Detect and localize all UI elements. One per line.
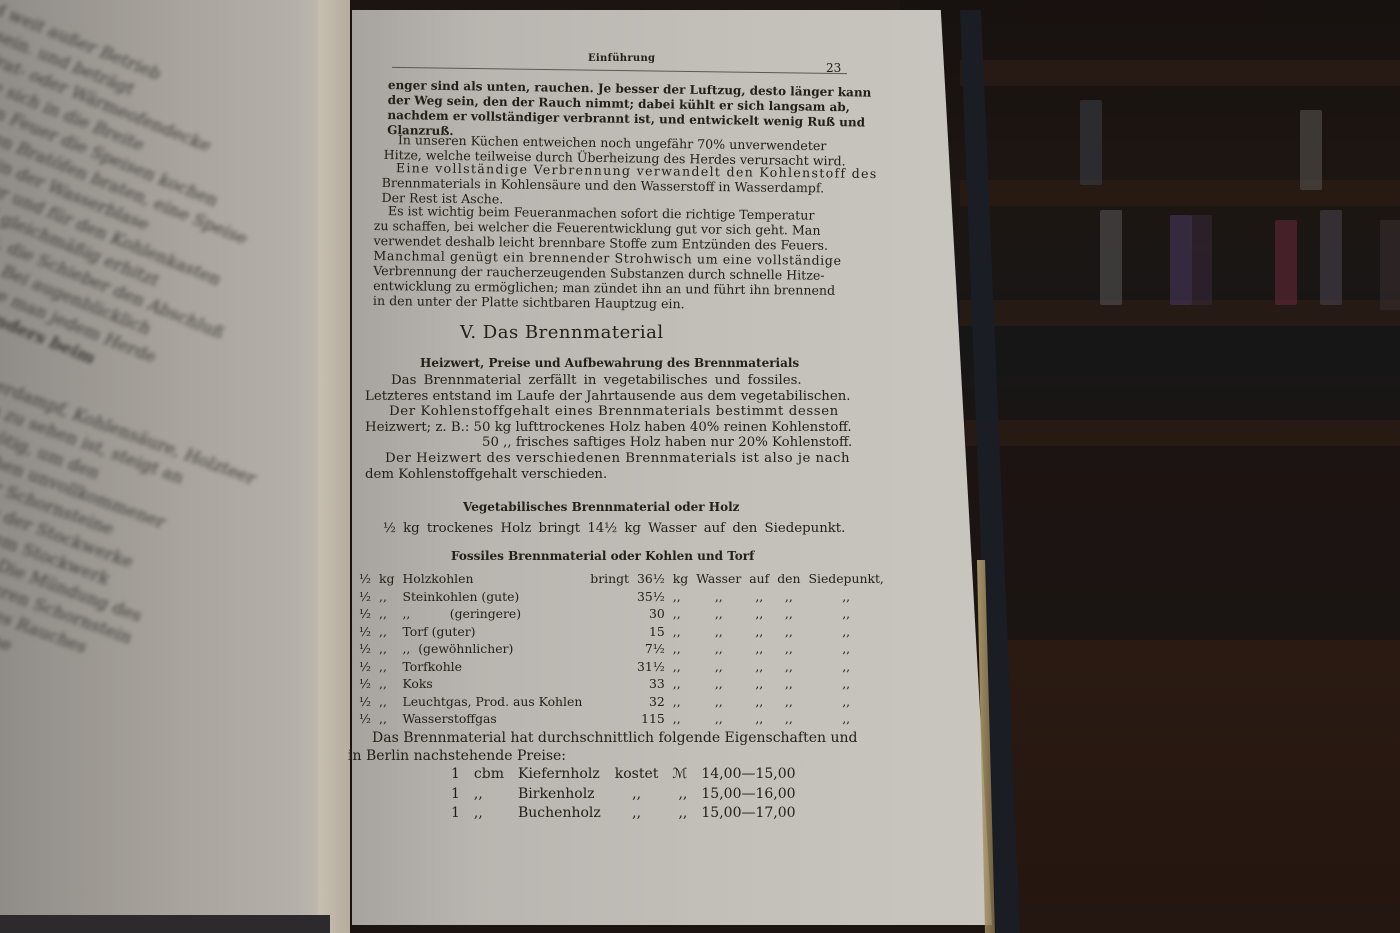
value: 36½ xyxy=(633,570,669,588)
word: ,, xyxy=(805,693,888,711)
table-row: ½ ,, Koks 33 ,, ,, ,, ,, ,, xyxy=(355,675,888,693)
material: ,, (gewöhnlicher) xyxy=(398,640,586,658)
text-line: Der Heizwert des verschiedenen Brennmate… xyxy=(365,451,852,467)
qty: 1 xyxy=(445,805,466,823)
word: ,, xyxy=(773,710,804,728)
word: ,, xyxy=(745,588,773,606)
qty: ½ xyxy=(355,623,375,641)
price-range: 15,00—17,00 xyxy=(695,805,801,823)
verb: bringt xyxy=(586,570,633,588)
wood-type: Birkenholz xyxy=(512,786,607,804)
unit-kg: ,, xyxy=(669,588,692,606)
wood-type: Kiefernholz xyxy=(512,766,607,784)
table-row: ½ kg Holzkohlen bringt 36½ kg Wasser auf… xyxy=(355,570,888,588)
word: ,, xyxy=(773,588,804,606)
value: 35½ xyxy=(633,588,669,606)
unit: ,, xyxy=(375,588,398,606)
word: ,, xyxy=(805,605,888,623)
text-line: Das Brennmaterial zerfällt in vegetabili… xyxy=(365,373,852,389)
material: Koks xyxy=(398,675,586,693)
verb xyxy=(586,658,633,676)
word: ,, xyxy=(692,605,745,623)
word: ,, xyxy=(745,693,773,711)
word: ,, xyxy=(692,623,745,641)
header-rule xyxy=(392,67,847,74)
word: ,, xyxy=(745,605,773,623)
word: ,, xyxy=(805,640,888,658)
table-row: 1 ,, Buchenholz ,, ,, 15,00—17,00 xyxy=(445,805,802,823)
word: ,, xyxy=(773,605,804,623)
verb: ,, xyxy=(609,805,665,823)
value: 31½ xyxy=(633,658,669,676)
verb xyxy=(586,623,633,641)
qty: ½ xyxy=(355,710,375,728)
text-line: 50 ,, frisches saftiges Holz haben nur 2… xyxy=(365,435,852,451)
word: ,, xyxy=(745,710,773,728)
text-line: Letzteres entstand im Laufe der Jahrtaus… xyxy=(365,389,852,405)
word: ,, xyxy=(805,623,888,641)
verb: kostet xyxy=(609,766,665,784)
table-row: ½ ,, Torfkohle 31½ ,, ,, ,, ,, ,, xyxy=(355,658,888,676)
word: ,, xyxy=(745,623,773,641)
verb xyxy=(586,605,633,623)
value: 7½ xyxy=(633,640,669,658)
text-line: Das Brennmaterial hat durchschnittlich f… xyxy=(348,729,857,747)
word: Siedepunkt, xyxy=(805,570,888,588)
verb xyxy=(586,675,633,693)
qty: ½ xyxy=(355,605,375,623)
qty: ½ xyxy=(355,658,375,676)
table-row: 1 ,, Birkenholz ,, ,, 15,00—16,00 xyxy=(445,786,802,804)
material: ,, (geringere) xyxy=(398,605,586,623)
word: ,, xyxy=(773,675,804,693)
unit: ,, xyxy=(375,693,398,711)
unit: kg xyxy=(375,570,398,588)
word: ,, xyxy=(692,675,745,693)
qty: 1 xyxy=(445,786,466,804)
unit-kg: ,, xyxy=(669,675,692,693)
text-line: dem Kohlenstoffgehalt verschieden. xyxy=(365,467,852,483)
unit-kg: ,, xyxy=(669,710,692,728)
currency: ℳ xyxy=(666,766,693,784)
verb xyxy=(586,640,633,658)
right-page-content: Einführung 23 enger sind als unten, rauc… xyxy=(0,0,1400,933)
word: ,, xyxy=(805,710,888,728)
page-number: 23 xyxy=(826,61,841,75)
price-range: 14,00—15,00 xyxy=(695,766,801,784)
word: ,, xyxy=(745,675,773,693)
material: Steinkohlen (gute) xyxy=(398,588,586,606)
paragraph-feuer: Es ist wichtig beim Feueranmachen sofort… xyxy=(373,203,842,313)
verb xyxy=(586,693,633,711)
qty: 1 xyxy=(445,766,466,784)
unit: ,, xyxy=(375,675,398,693)
paragraph-brennmaterial: Das Brennmaterial zerfällt in vegetabili… xyxy=(365,373,852,482)
chapter-title: V. Das Brennmaterial xyxy=(460,322,664,343)
qty: ½ xyxy=(355,640,375,658)
currency: ,, xyxy=(666,786,693,804)
word: ,, xyxy=(692,710,745,728)
unit-kg: ,, xyxy=(669,605,692,623)
unit: ,, xyxy=(468,805,510,823)
unit-kg: ,, xyxy=(669,640,692,658)
qty: ½ xyxy=(355,693,375,711)
word: ,, xyxy=(692,658,745,676)
vegetable-line: ½ kg trockenes Holz bringt 14½ kg Wasser… xyxy=(383,521,845,537)
unit: ,, xyxy=(375,640,398,658)
table-row: ½ ,, Leuchtgas, Prod. aus Kohlen 32 ,, ,… xyxy=(355,693,888,711)
table-row: ½ ,, Steinkohlen (gute) 35½ ,, ,, ,, ,, … xyxy=(355,588,888,606)
word: ,, xyxy=(805,588,888,606)
text-line: Der Kohlenstoffgehalt eines Brennmateria… xyxy=(365,404,852,420)
currency: ,, xyxy=(666,805,693,823)
unit-kg: ,, xyxy=(669,658,692,676)
unit: ,, xyxy=(375,623,398,641)
verb xyxy=(586,710,633,728)
verb: ,, xyxy=(609,786,665,804)
running-head: Einführung xyxy=(588,53,655,64)
word: ,, xyxy=(805,658,888,676)
value: 15 xyxy=(633,623,669,641)
verb xyxy=(586,588,633,606)
unit: cbm xyxy=(468,766,510,784)
qty: ½ xyxy=(355,570,375,588)
value: 32 xyxy=(633,693,669,711)
unit-kg: kg xyxy=(669,570,692,588)
material: Wasserstoffgas xyxy=(398,710,586,728)
word: ,, xyxy=(745,658,773,676)
word: auf xyxy=(745,570,773,588)
word: ,, xyxy=(773,658,804,676)
price-range: 15,00—16,00 xyxy=(695,786,801,804)
word: ,, xyxy=(773,623,804,641)
material: Leuchtgas, Prod. aus Kohlen xyxy=(398,693,586,711)
fossil-heading: Fossiles Brennmaterial oder Kohlen und T… xyxy=(451,549,754,563)
word: ,, xyxy=(745,640,773,658)
qty: ½ xyxy=(355,675,375,693)
word: ,, xyxy=(773,640,804,658)
material: Torfkohle xyxy=(398,658,586,676)
wood-type: Buchenholz xyxy=(512,805,607,823)
table-row: ½ ,, Torf (guter) 15 ,, ,, ,, ,, ,, xyxy=(355,623,888,641)
table-row: ½ ,, ,, (geringere) 30 ,, ,, ,, ,, ,, xyxy=(355,605,888,623)
unit: ,, xyxy=(375,710,398,728)
material: Torf (guter) xyxy=(398,623,586,641)
value: 30 xyxy=(633,605,669,623)
word: Wasser xyxy=(692,570,745,588)
fossil-fuel-table: ½ kg Holzkohlen bringt 36½ kg Wasser auf… xyxy=(355,570,888,728)
word: ,, xyxy=(692,640,745,658)
material: Holzkohlen xyxy=(398,570,586,588)
table-row: ½ ,, Wasserstoffgas 115 ,, ,, ,, ,, ,, xyxy=(355,710,888,728)
paragraph-preise: Das Brennmaterial hat durchschnittlich f… xyxy=(348,729,857,765)
table-row: ½ ,, ,, (gewöhnlicher) 7½ ,, ,, ,, ,, ,, xyxy=(355,640,888,658)
unit: ,, xyxy=(468,786,510,804)
word: ,, xyxy=(773,693,804,711)
value: 33 xyxy=(633,675,669,693)
table-row: 1 cbm Kiefernholz kostet ℳ 14,00—15,00 xyxy=(445,766,802,784)
unit-kg: ,, xyxy=(669,693,692,711)
qty: ½ xyxy=(355,588,375,606)
unit-kg: ,, xyxy=(669,623,692,641)
word: ,, xyxy=(805,675,888,693)
unit: ,, xyxy=(375,605,398,623)
word: ,, xyxy=(692,693,745,711)
text-line: in Berlin nachstehende Preise: xyxy=(348,747,857,765)
word: den xyxy=(773,570,804,588)
word: ,, xyxy=(692,588,745,606)
section-heading: Heizwert, Preise und Aufbewahrung des Br… xyxy=(420,356,799,370)
value: 115 xyxy=(633,710,669,728)
price-table: 1 cbm Kiefernholz kostet ℳ 14,00—15,00 1… xyxy=(443,764,804,825)
unit: ,, xyxy=(375,658,398,676)
vegetable-heading: Vegetabilisches Brennmaterial oder Holz xyxy=(463,500,739,514)
text-line: Heizwert; z. B.: 50 kg lufttrockenes Hol… xyxy=(365,420,852,436)
